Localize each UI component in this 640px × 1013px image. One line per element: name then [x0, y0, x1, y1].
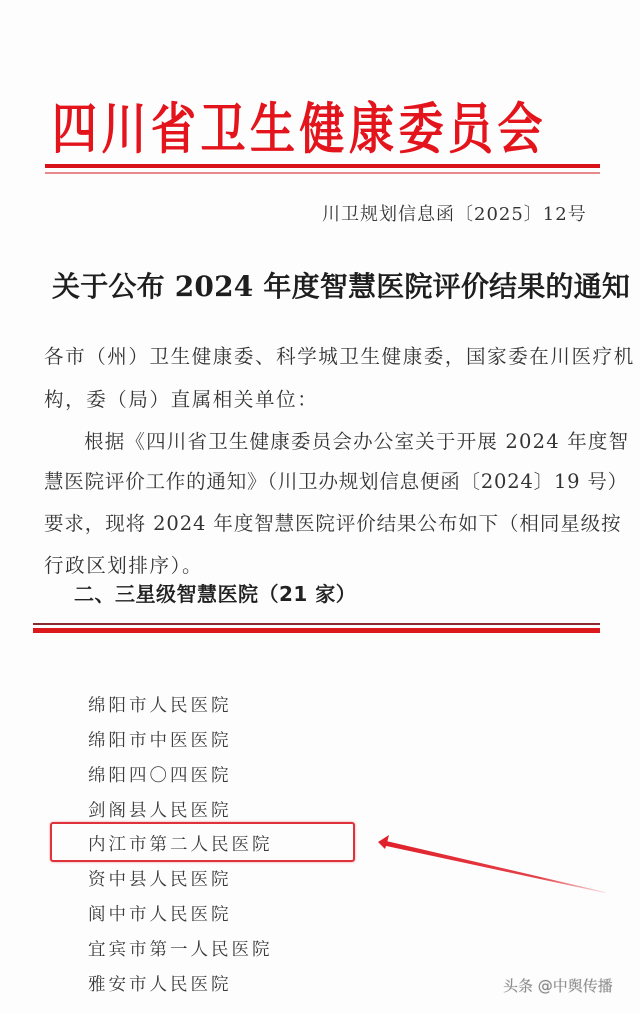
letterhead-char: 康 [349, 85, 394, 164]
watermark: 头条 @中舆传播 [503, 975, 613, 996]
letterhead-char: 川 [102, 85, 147, 164]
hospital-list-item: 绵阳四〇四医院 [88, 762, 232, 787]
body-line: 根据《四川省卫生健康委员会办公室关于开展 2024 年度智 [84, 426, 629, 454]
body-line: 各市（州）卫生健康委、科学城卫生健康委，国家委在川医疗机 [44, 341, 635, 369]
hospital-list-item: 资中县人民医院 [88, 866, 232, 891]
hospital-list-item: 剑阁县人民医院 [88, 797, 232, 822]
section-heading: 二、三星级智慧医院（21 家） [74, 578, 356, 607]
body-line: 构，委（局）直属相关单位： [44, 384, 318, 412]
letterhead-char: 委 [399, 85, 444, 164]
letterhead-char: 会 [498, 85, 543, 164]
body-line: 慧医院评价工作的通知》（川卫办规划信息便函〔2024〕19 号） [44, 466, 628, 494]
hospital-list-item: 阆中市人民医院 [88, 901, 232, 926]
letterhead-char: 卫 [201, 85, 246, 164]
hospital-list-item: 宜宾市第一人民医院 [88, 936, 273, 961]
body-line: 行政区划排序）。 [44, 550, 203, 578]
letterhead-char: 员 [448, 85, 493, 164]
page-break-rule-thin [33, 623, 600, 625]
hospital-list-item: 绵阳市人民医院 [88, 692, 232, 717]
letterhead-rule-thick [45, 164, 600, 168]
notice-title: 关于公布 2024 年度智慧医院评价结果的通知 [52, 265, 630, 305]
highlight-box [50, 822, 355, 862]
document-number: 川卫规划信息函〔2025〕12号 [322, 200, 587, 226]
page-break-rule-thick [33, 628, 600, 633]
letterhead-title: 四 川 省 卫 生 健 康 委 员 会 [52, 92, 543, 158]
hospital-list-item: 绵阳市中医医院 [88, 727, 232, 752]
letterhead-rule-thin [45, 172, 600, 174]
arrow-icon [370, 832, 615, 902]
letterhead-char: 生 [250, 85, 295, 164]
letterhead-char: 省 [151, 85, 196, 164]
letterhead-char: 四 [52, 85, 97, 164]
hospital-list-item: 雅安市人民医院 [88, 971, 232, 996]
body-line: 要求，现将 2024 年度智慧医院评价结果公布如下（相同星级按 [44, 508, 621, 536]
letterhead-char: 健 [300, 85, 345, 164]
